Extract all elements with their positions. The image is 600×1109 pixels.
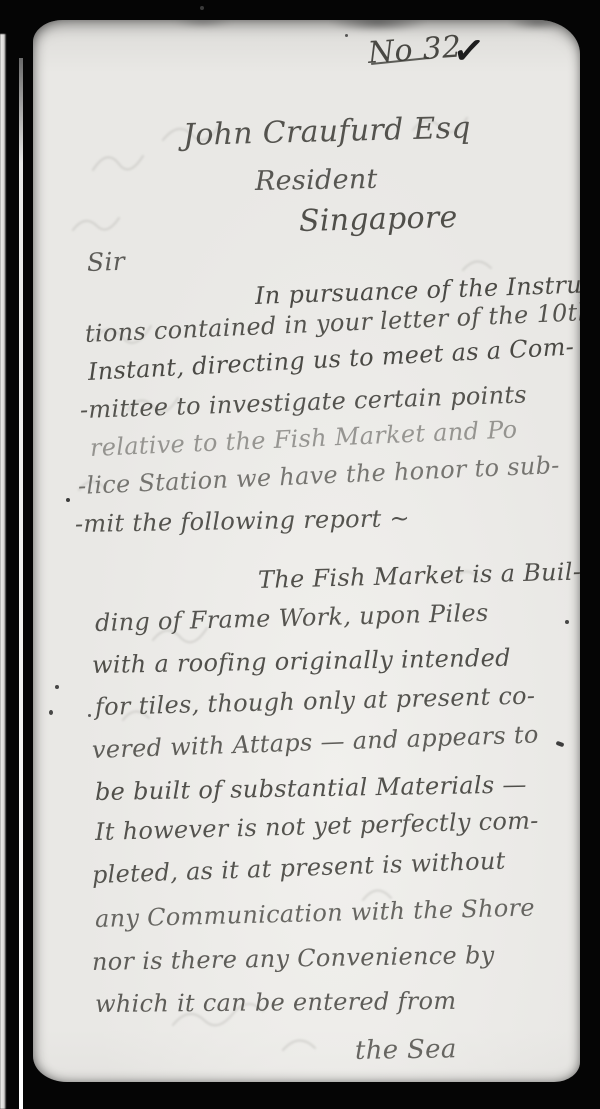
recipient-place: Singapore bbox=[299, 200, 458, 239]
checkmark-icon: ✓ bbox=[451, 26, 488, 74]
ink-speck bbox=[88, 714, 91, 717]
ink-speck bbox=[565, 620, 569, 624]
salutation: Sir bbox=[86, 247, 125, 277]
ink-speck bbox=[66, 498, 70, 502]
document-number: No 32 bbox=[367, 30, 463, 71]
document-scan: No 32 ✓ John Craufurd Esq Resident Singa… bbox=[0, 0, 600, 1109]
ink-speck bbox=[55, 685, 59, 689]
binding-edge-line bbox=[19, 58, 23, 1109]
adjacent-page-edge bbox=[0, 34, 6, 1109]
letter-line: which it can be entered from bbox=[95, 987, 457, 1018]
ink-speck bbox=[49, 710, 53, 715]
letter-line: -mit the following report ~ bbox=[75, 504, 410, 538]
dust-speck bbox=[200, 6, 204, 10]
recipient-title: Resident bbox=[255, 164, 378, 197]
letter-page: No 32 ✓ John Craufurd Esq Resident Singa… bbox=[33, 20, 580, 1082]
ink-speck bbox=[345, 34, 348, 37]
catchword: the Sea bbox=[355, 1034, 457, 1066]
